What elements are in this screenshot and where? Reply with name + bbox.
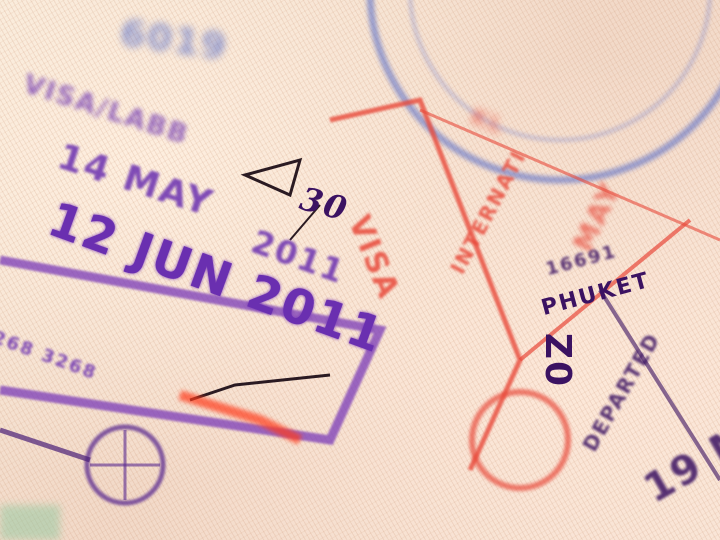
passport-page: 6019 VISA/LABB 14 MAY 2011 12 JUN 2011 2… xyxy=(0,0,720,540)
stamp-code: Z0 xyxy=(537,333,578,388)
